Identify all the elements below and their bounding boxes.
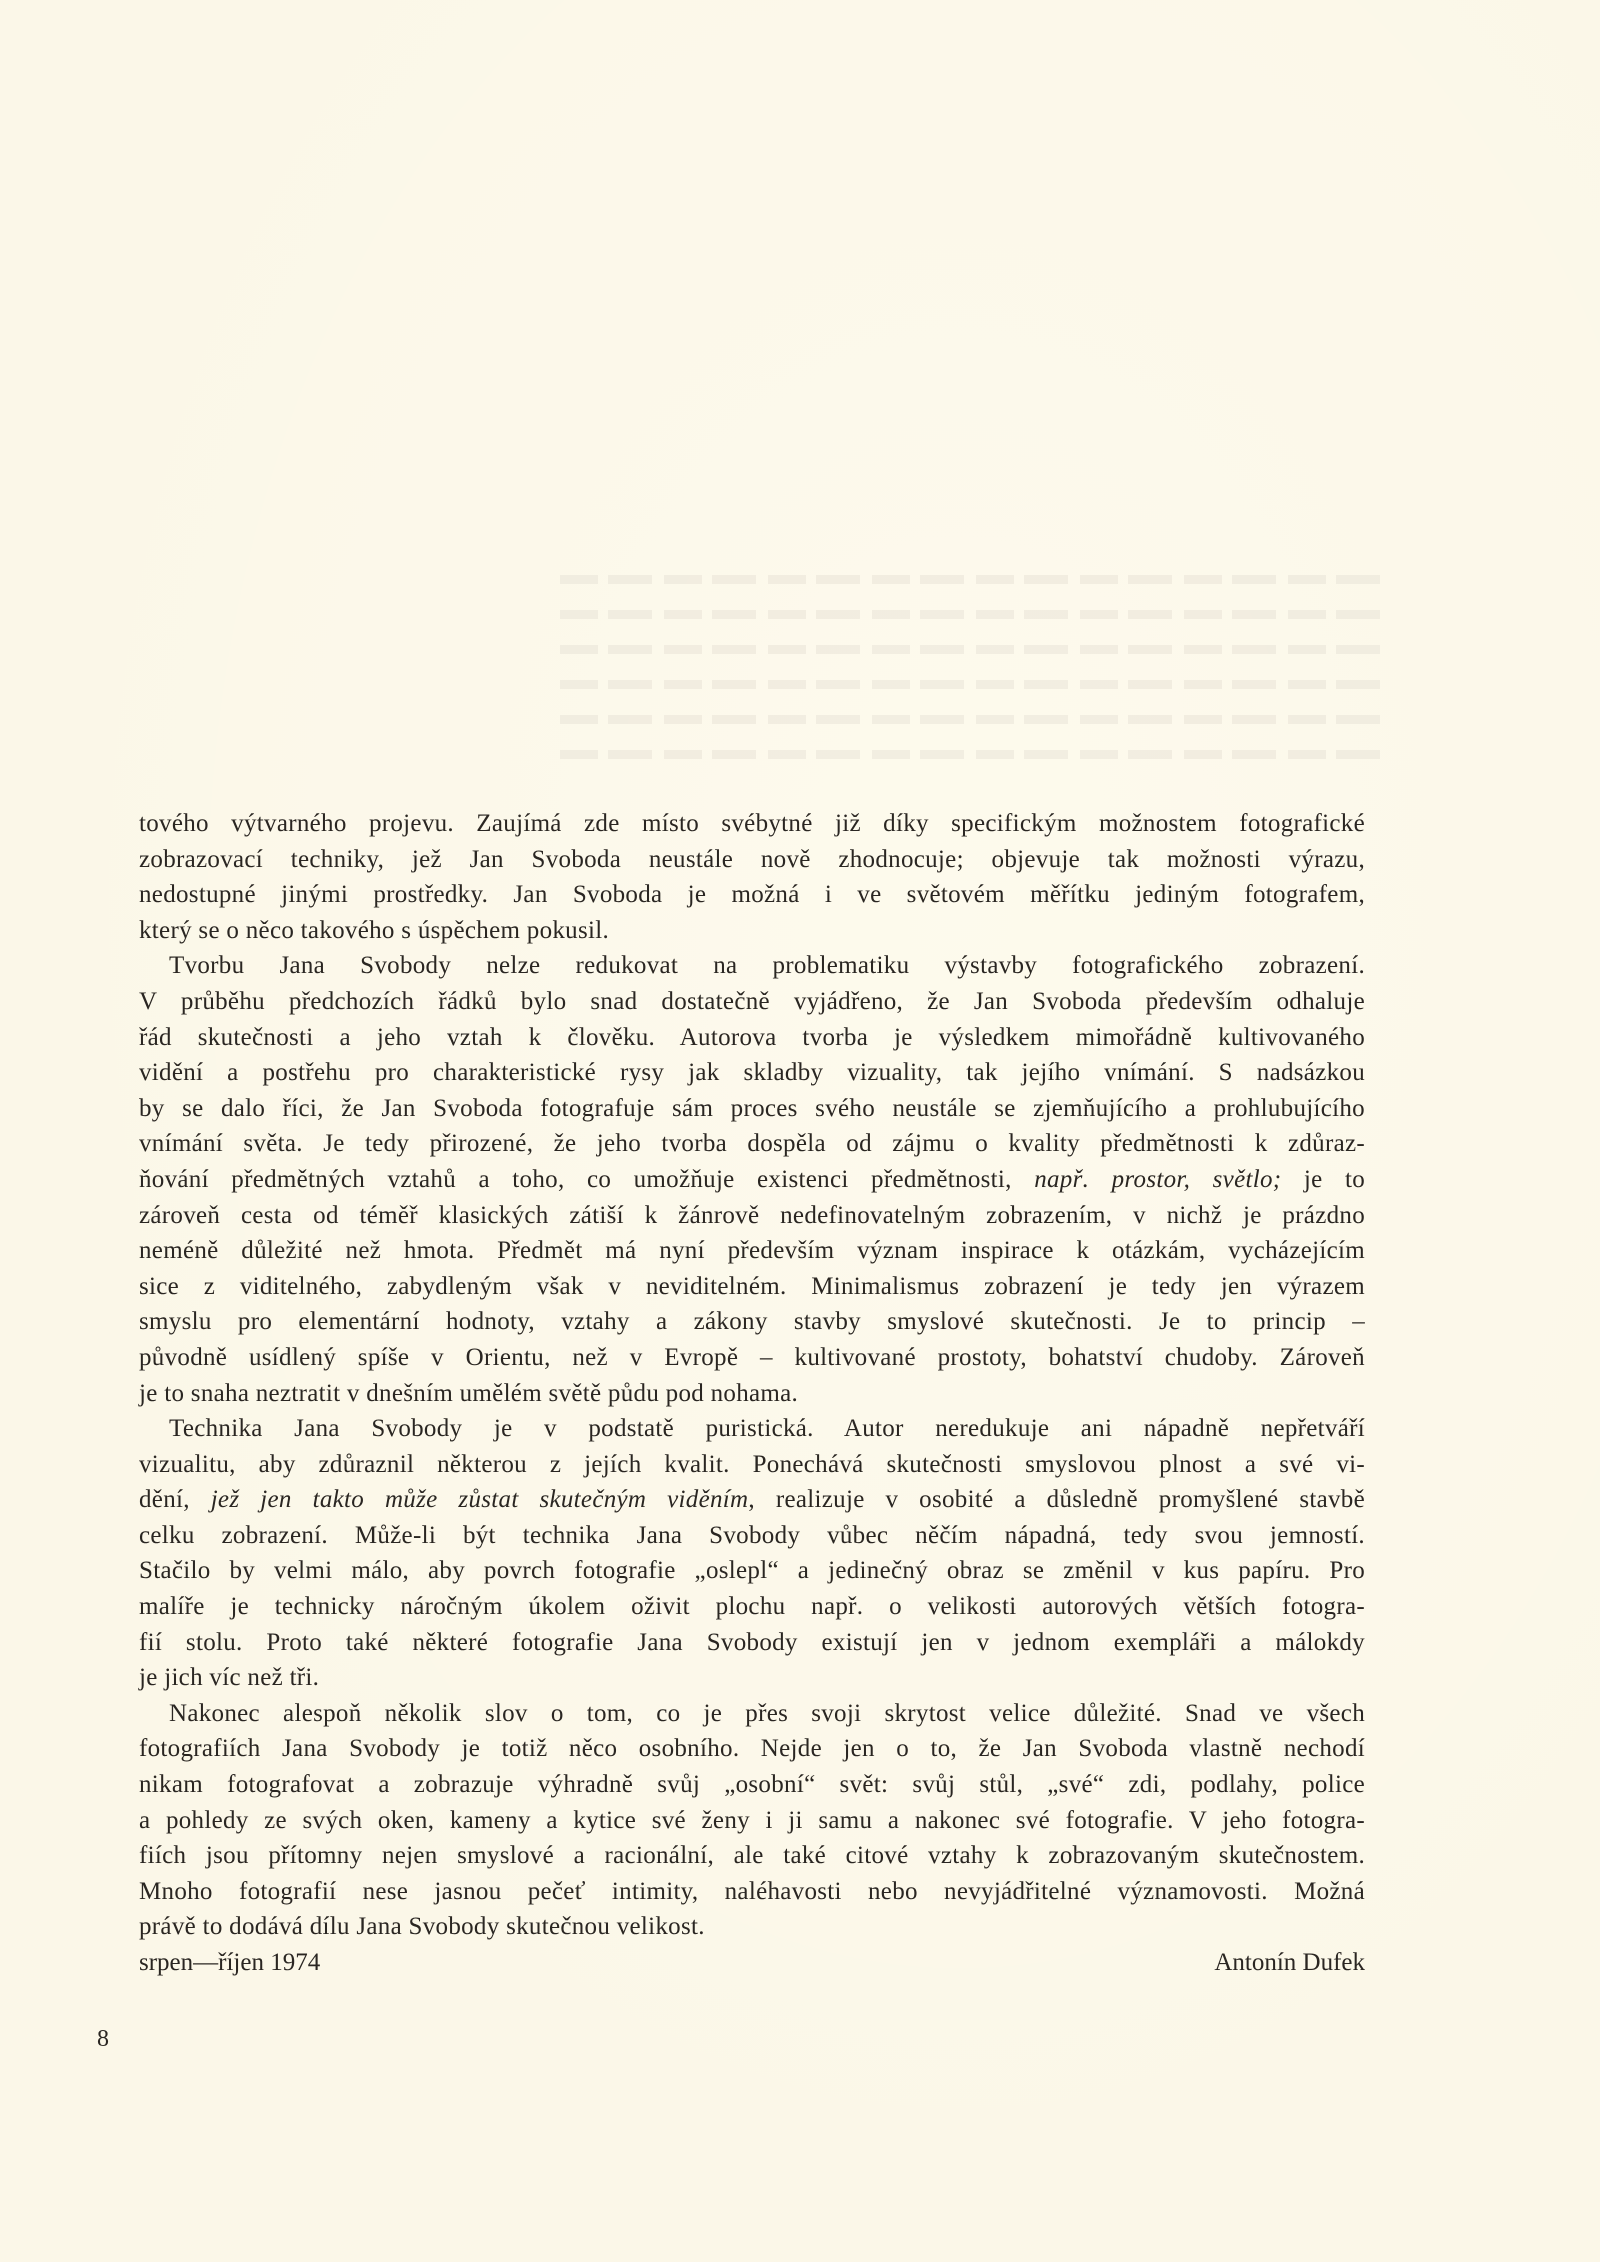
ghost-line [560, 610, 1380, 619]
italic-emphasis: jež jen takto může zůstat skutečným vidě… [211, 1486, 749, 1513]
ghost-line [560, 715, 1380, 724]
essay-date: srpen—říjen 1974 [139, 1945, 320, 1981]
text-line: fiích jsou přítomny nejen smyslové a rac… [139, 1838, 1365, 1874]
text-line: ňování předmětných vztahů a toho, co umo… [139, 1162, 1365, 1198]
text-line: neméně důležité než hmota. Předmět má ny… [139, 1233, 1365, 1269]
text-line: který se o něco takového s úspěchem poku… [139, 913, 1365, 949]
text-line: Mnoho fotografií nese jasnou pečeť intim… [139, 1874, 1365, 1910]
essay-body: tového výtvarného projevu. Zaujímá zde m… [139, 806, 1365, 1981]
text-line: Tvorbu Jana Svobody nelze redukovat na p… [139, 948, 1365, 984]
text-line: V průběhu předchozích řádků bylo snad do… [139, 984, 1365, 1020]
text-line: nedostupné jinými prostředky. Jan Svobod… [139, 877, 1365, 913]
ghost-line [560, 680, 1380, 689]
text-line: fotografiích Jana Svobody je totiž něco … [139, 1731, 1365, 1767]
text-line: malíře je technicky náročným úkolem oživ… [139, 1589, 1365, 1625]
reverse-page-show-through [560, 575, 1380, 805]
text-segment: ňování předmětných vztahů a toho, co umo… [139, 1166, 1034, 1193]
text-line: tového výtvarného projevu. Zaujímá zde m… [139, 806, 1365, 842]
ghost-line [560, 750, 1380, 759]
text-line: smyslu pro elementární hodnoty, vztahy a… [139, 1304, 1365, 1340]
text-line: právě to dodává dílu Jana Svobody skuteč… [139, 1909, 1365, 1945]
text-line: by se dalo říci, že Jan Svoboda fotograf… [139, 1091, 1365, 1127]
text-line: Stačilo by velmi málo, aby povrch fotogr… [139, 1553, 1365, 1589]
text-line: dění, jež jen takto může zůstat skutečný… [139, 1482, 1365, 1518]
text-line: Nakonec alespoň několik slov o tom, co j… [139, 1696, 1365, 1732]
text-segment: , realizuje v osobité a důsledně promyšl… [748, 1486, 1365, 1513]
text-line: nikam fotografovat a zobrazuje výhradně … [139, 1767, 1365, 1803]
text-line: vizualitu, aby zdůraznil některou z její… [139, 1447, 1365, 1483]
text-line: fií stolu. Proto také některé fotografie… [139, 1625, 1365, 1661]
text-line: sice z viditelného, zabydleným však v ne… [139, 1269, 1365, 1305]
page-number: 8 [97, 2026, 109, 2053]
text-segment: je to [1281, 1166, 1365, 1193]
text-line: vnímání světa. Je tedy přirozené, že jeh… [139, 1126, 1365, 1162]
text-line: původně usídlený spíše v Orientu, než v … [139, 1340, 1365, 1376]
italic-emphasis: např. prostor, světlo; [1034, 1166, 1281, 1193]
text-line: celku zobrazení. Může-li být technika Ja… [139, 1518, 1365, 1554]
ghost-line [560, 645, 1380, 654]
text-line: zobrazovací techniky, jež Jan Svoboda ne… [139, 842, 1365, 878]
closing-row: srpen—říjen 1974Antonín Dufek [139, 1945, 1365, 1981]
text-line: vidění a postřehu pro charakteristické r… [139, 1055, 1365, 1091]
text-line: řád skutečnosti a jeho vztah k člověku. … [139, 1020, 1365, 1056]
text-segment: dění, [139, 1486, 211, 1513]
book-page: tového výtvarného projevu. Zaujímá zde m… [0, 0, 1600, 2262]
text-line: a pohledy ze svých oken, kameny a kytice… [139, 1803, 1365, 1839]
ghost-line [560, 575, 1380, 584]
author-signature: Antonín Dufek [1214, 1945, 1365, 1981]
text-line: je jich víc než tři. [139, 1660, 1365, 1696]
text-line: zároveň cesta od téměř klasických zátiší… [139, 1198, 1365, 1234]
text-line: Technika Jana Svobody je v podstatě puri… [139, 1411, 1365, 1447]
text-line: je to snaha neztratit v dnešním umělém s… [139, 1376, 1365, 1412]
